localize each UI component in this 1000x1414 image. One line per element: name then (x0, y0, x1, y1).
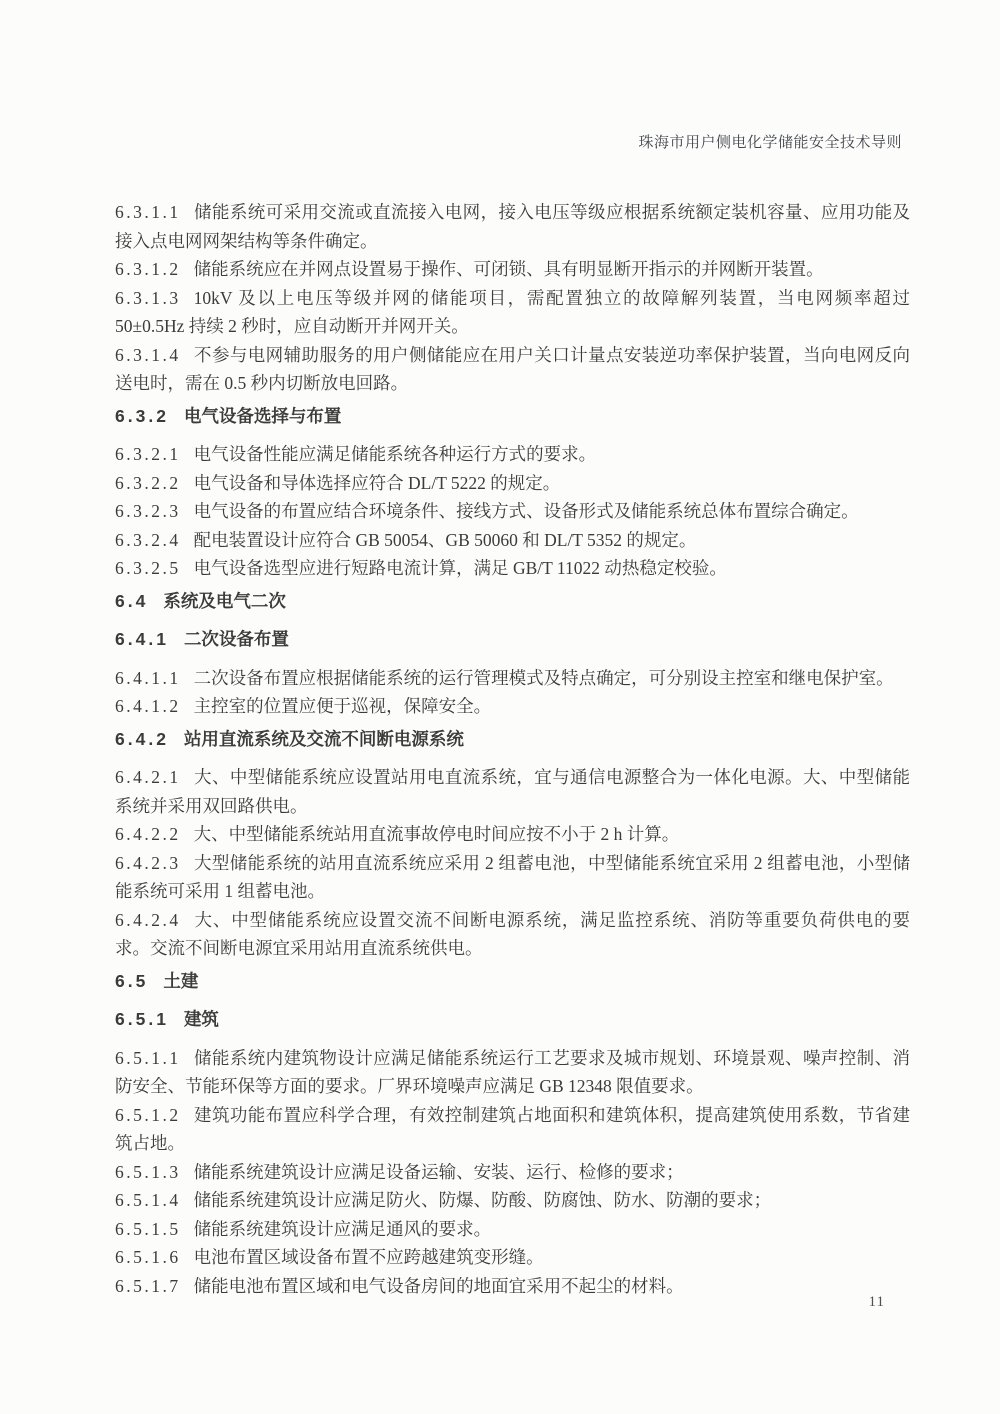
clause-number: 6.3.2.4 (115, 530, 181, 550)
clause-text: 储能电池布置区域和电气设备房间的地面宜采用不起尘的材料。 (194, 1276, 684, 1296)
clause-number: 6.4.1 (115, 629, 169, 649)
clause-paragraph: 6.3.1.1储能系统可采用交流或直流接入电网，接入电压等级应根据系统额定装机容… (115, 198, 910, 255)
clause-number: 6.3.2.1 (115, 444, 181, 464)
clause-number: 6.4.1.2 (115, 696, 181, 716)
clause-paragraph: 6.4.2.2大、中型储能系统站用直流事故停电时间应按不小于 2 h 计算。 (115, 820, 910, 849)
clause-text: 大、中型储能系统站用直流事故停电时间应按不小于 2 h 计算。 (194, 824, 680, 844)
clause-paragraph: 6.3.2.2电气设备和导体选择应符合 DL/T 5222 的规定。 (115, 469, 910, 498)
clause-text: 储能系统应在并网点设置易于操作、可闭锁、具有明显断开指示的并网断开装置。 (194, 259, 824, 279)
clause-text: 大、中型储能系统应设置站用电直流系统，宜与通信电源整合为一体化电源。大、中型储能… (115, 767, 910, 816)
clause-number: 6.4.2.4 (115, 910, 181, 930)
section-heading: 6.5土建 (115, 967, 910, 996)
clause-text: 大型储能系统的站用直流系统应采用 2 组蓄电池，中型储能系统宜采用 2 组蓄电池… (115, 853, 910, 902)
clause-text: 建筑功能布置应科学合理，有效控制建筑占地面积和建筑体积，提高建筑使用系数，节省建… (115, 1105, 910, 1154)
clause-number: 6.5.1.6 (115, 1247, 181, 1267)
clause-text: 储能系统建筑设计应满足通风的要求。 (194, 1219, 492, 1239)
clause-number: 6.5.1 (115, 1009, 169, 1029)
clause-paragraph: 6.5.1.7储能电池布置区域和电气设备房间的地面宜采用不起尘的材料。 (115, 1272, 910, 1301)
clause-number: 6.5.1.1 (115, 1048, 181, 1068)
clause-paragraph: 6.5.1.4储能系统建筑设计应满足防火、防爆、防酸、防腐蚀、防水、防潮的要求； (115, 1186, 910, 1215)
clause-number: 6.3.2.2 (115, 473, 181, 493)
section-heading: 6.3.2电气设备选择与布置 (115, 402, 910, 431)
clause-number: 6.4.2.2 (115, 824, 181, 844)
clause-paragraph: 6.3.2.5电气设备选型应进行短路电流计算，满足 GB/T 11022 动热稳… (115, 554, 910, 583)
clause-text: 二次设备布置应根据储能系统的运行管理模式及特点确定，可分别设主控室和继电保护室。 (194, 668, 894, 688)
clause-paragraph: 6.5.1.5储能系统建筑设计应满足通风的要求。 (115, 1215, 910, 1244)
clause-paragraph: 6.4.1.1二次设备布置应根据储能系统的运行管理模式及特点确定，可分别设主控室… (115, 664, 910, 693)
clause-text: 储能系统内建筑物设计应满足储能系统运行工艺要求及城市规划、环境景观、噪声控制、消… (115, 1048, 910, 1097)
clause-text: 储能系统建筑设计应满足防火、防爆、防酸、防腐蚀、防水、防潮的要求； (194, 1190, 772, 1210)
clause-number: 6.3.1.2 (115, 259, 181, 279)
clause-text: 建筑 (184, 1009, 219, 1029)
clause-text: 电气设备的布置应结合环境条件、接线方式、设备形式及储能系统总体布置综合确定。 (194, 501, 859, 521)
clause-text: 储能系统建筑设计应满足设备运输、安装、运行、检修的要求； (194, 1162, 684, 1182)
clause-paragraph: 6.5.1.2建筑功能布置应科学合理，有效控制建筑占地面积和建筑体积，提高建筑使… (115, 1101, 910, 1158)
clause-text: 土建 (163, 971, 198, 991)
clause-paragraph: 6.4.2.4大、中型储能系统应设置交流不间断电源系统，满足监控系统、消防等重要… (115, 906, 910, 963)
clause-text: 10kV 及以上电压等级并网的储能项目，需配置独立的故障解列装置，当电网频率超过… (115, 288, 910, 337)
clause-text: 储能系统可采用交流或直流接入电网，接入电压等级应根据系统额定装机容量、应用功能及… (115, 202, 910, 251)
clause-text: 电池布置区域设备布置不应跨越建筑变形缝。 (194, 1247, 544, 1267)
running-header-title: 珠海市用户侧电化学储能安全技术导则 (638, 131, 902, 152)
clause-paragraph: 6.5.1.3储能系统建筑设计应满足设备运输、安装、运行、检修的要求； (115, 1158, 910, 1187)
clause-number: 6.5.1.5 (115, 1219, 181, 1239)
clause-number: 6.5.1.2 (115, 1105, 181, 1125)
clause-text: 配电装置设计应符合 GB 50054、GB 50060 和 DL/T 5352 … (194, 530, 697, 550)
clause-paragraph: 6.4.2.1大、中型储能系统应设置站用电直流系统，宜与通信电源整合为一体化电源… (115, 763, 910, 820)
clause-paragraph: 6.5.1.6电池布置区域设备布置不应跨越建筑变形缝。 (115, 1243, 910, 1272)
clause-paragraph: 6.3.1.2储能系统应在并网点设置易于操作、可闭锁、具有明显断开指示的并网断开… (115, 255, 910, 284)
clause-paragraph: 6.4.2.3大型储能系统的站用直流系统应采用 2 组蓄电池，中型储能系统宜采用… (115, 849, 910, 906)
section-heading: 6.4.1二次设备布置 (115, 625, 910, 654)
clause-paragraph: 6.3.1.4不参与电网辅助服务的用户侧储能应在用户关口计量点安装逆功率保护装置… (115, 341, 910, 398)
clause-number: 6.3.1.4 (115, 345, 181, 365)
clause-number: 6.5.1.3 (115, 1162, 181, 1182)
clause-paragraph: 6.4.1.2主控室的位置应便于巡视，保障安全。 (115, 692, 910, 721)
clause-number: 6.3.1.3 (115, 288, 181, 308)
clause-number: 6.5.1.4 (115, 1190, 181, 1210)
clause-paragraph: 6.3.2.4配电装置设计应符合 GB 50054、GB 50060 和 DL/… (115, 526, 910, 555)
clause-text: 二次设备布置 (184, 629, 289, 649)
page-number: 11 (869, 1294, 885, 1311)
clause-number: 6.3.2 (115, 406, 169, 426)
clause-number: 6.4.2.3 (115, 853, 181, 873)
clause-number: 6.4 (115, 591, 148, 611)
section-heading: 6.5.1建筑 (115, 1005, 910, 1034)
section-heading: 6.4系统及电气二次 (115, 587, 910, 616)
clause-number: 6.4.2 (115, 729, 169, 749)
clause-text: 电气设备和导体选择应符合 DL/T 5222 的规定。 (194, 473, 561, 493)
clause-text: 电气设备选择与布置 (184, 406, 342, 426)
clause-number: 6.3.1.1 (115, 202, 181, 222)
document-page: 珠海市用户侧电化学储能安全技术导则 6.3.1.1储能系统可采用交流或直流接入电… (0, 0, 1000, 1414)
clause-number: 6.4.1.1 (115, 668, 181, 688)
clause-text: 大、中型储能系统应设置交流不间断电源系统，满足监控系统、消防等重要负荷供电的要求… (115, 910, 910, 959)
clause-number: 6.5.1.7 (115, 1276, 181, 1296)
clause-paragraph: 6.3.1.310kV 及以上电压等级并网的储能项目，需配置独立的故障解列装置，… (115, 284, 910, 341)
clause-paragraph: 6.3.2.1电气设备性能应满足储能系统各种运行方式的要求。 (115, 440, 910, 469)
clause-text: 电气设备性能应满足储能系统各种运行方式的要求。 (194, 444, 597, 464)
clause-paragraph: 6.3.2.3电气设备的布置应结合环境条件、接线方式、设备形式及储能系统总体布置… (115, 497, 910, 526)
section-heading: 6.4.2站用直流系统及交流不间断电源系统 (115, 725, 910, 754)
clause-text: 站用直流系统及交流不间断电源系统 (184, 729, 464, 749)
clause-number: 6.4.2.1 (115, 767, 181, 787)
clause-number: 6.3.2.3 (115, 501, 181, 521)
clause-number: 6.3.2.5 (115, 558, 181, 578)
clause-text: 系统及电气二次 (163, 591, 286, 611)
clause-paragraph: 6.5.1.1储能系统内建筑物设计应满足储能系统运行工艺要求及城市规划、环境景观… (115, 1044, 910, 1101)
clause-text: 主控室的位置应便于巡视，保障安全。 (194, 696, 492, 716)
clause-number: 6.5 (115, 971, 148, 991)
document-body: 6.3.1.1储能系统可采用交流或直流接入电网，接入电压等级应根据系统额定装机容… (115, 198, 910, 1300)
clause-text: 电气设备选型应进行短路电流计算，满足 GB/T 11022 动热稳定校验。 (194, 558, 727, 578)
clause-text: 不参与电网辅助服务的用户侧储能应在用户关口计量点安装逆功率保护装置，当向电网反向… (115, 345, 910, 394)
